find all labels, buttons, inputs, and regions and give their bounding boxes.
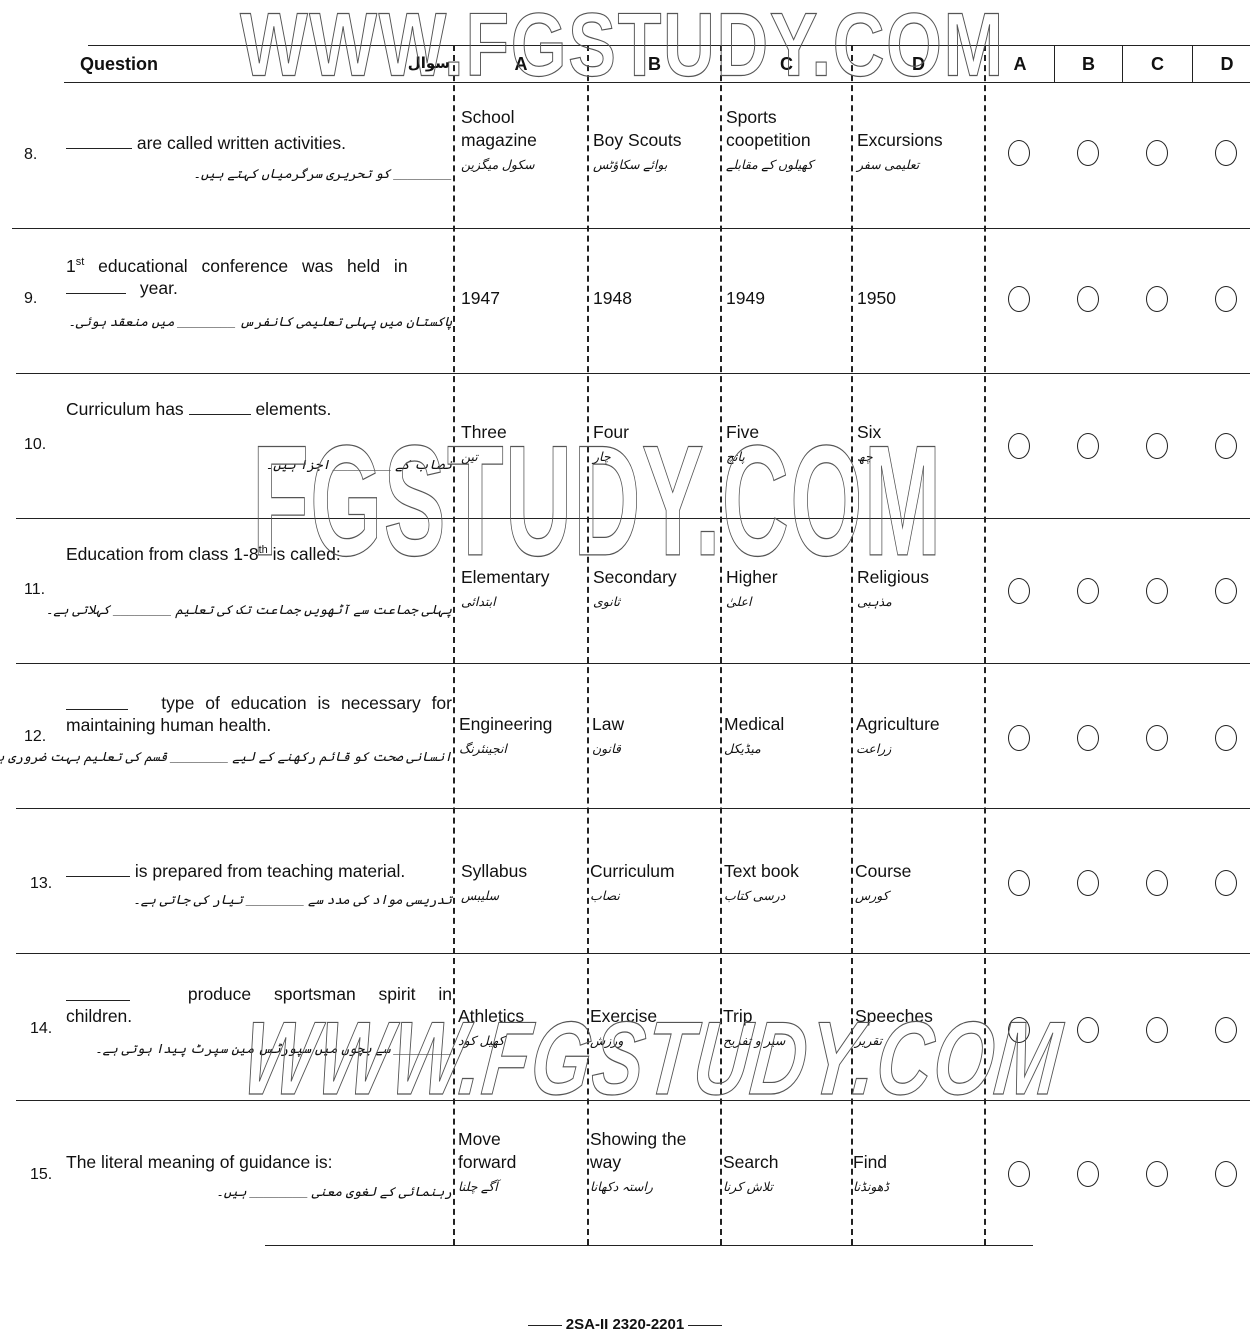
question-text-urdu: ________ کو تحریری سرگرمیاں کہتے ہیں۔ bbox=[193, 166, 452, 182]
answer-bubble-c[interactable] bbox=[1146, 578, 1168, 604]
answer-bubble-d[interactable] bbox=[1215, 1161, 1237, 1187]
footer-dash bbox=[528, 1325, 562, 1326]
header-question-label: Question bbox=[80, 46, 158, 82]
option-a: Syllabus سلیبس bbox=[461, 860, 527, 908]
header-bubble-b: B bbox=[1055, 46, 1122, 82]
header-option-a: A bbox=[455, 46, 587, 82]
option-d: Find ڈھونڈنا bbox=[853, 1151, 889, 1199]
option-c-english: Search bbox=[723, 1151, 778, 1174]
option-d-urdu: تقریر bbox=[855, 1030, 933, 1053]
option-c-english: Higher bbox=[726, 566, 778, 589]
footer-paper-code: 2SA-II 2320-2201 bbox=[0, 1316, 1250, 1333]
question-text: are called written activities. bbox=[66, 132, 452, 154]
option-a-english: Three bbox=[461, 421, 507, 444]
question-number: 14. bbox=[30, 1020, 52, 1038]
answer-blank bbox=[66, 147, 132, 149]
option-a: 1947 bbox=[461, 287, 500, 310]
option-c: Higher اعلیٰ bbox=[726, 566, 778, 614]
option-a-urdu: سکول میگزین bbox=[461, 154, 585, 177]
option-a-urdu: ابتدائی bbox=[461, 591, 550, 614]
option-a-english: Engineering bbox=[459, 713, 552, 736]
option-d-english: Find bbox=[853, 1151, 889, 1174]
question-text-line1: produce sportsman spirit in bbox=[188, 983, 452, 1005]
option-a-urdu: تین bbox=[461, 446, 507, 469]
option-a-urdu: سلیبس bbox=[461, 885, 527, 908]
question-text: is prepared from teaching material. bbox=[66, 860, 452, 882]
option-d-english: Religious bbox=[857, 566, 929, 589]
option-a-urdu: آگے چلنا bbox=[458, 1176, 578, 1199]
answer-bubble-a[interactable] bbox=[1008, 433, 1030, 459]
question-text-urdu: پاکستان میں پہلی تعلیمی کانفرس ________ … bbox=[68, 314, 452, 330]
option-c-urdu: سیر و تفریح bbox=[723, 1030, 785, 1053]
option-d-english: Agriculture bbox=[856, 713, 940, 736]
option-b-english: Law bbox=[592, 713, 624, 736]
option-d: Speeches تقریر bbox=[855, 1005, 933, 1053]
option-d: Six چھ bbox=[857, 421, 881, 469]
superscript: th bbox=[259, 544, 268, 556]
question-text: Education from class 1-8th is called: bbox=[66, 543, 452, 565]
option-d-english: Six bbox=[857, 421, 881, 444]
answer-bubble-b[interactable] bbox=[1077, 870, 1099, 896]
option-b: Law قانون bbox=[592, 713, 624, 761]
option-a: Engineering انجینئرنگ bbox=[459, 713, 552, 761]
question-text-urdu: نصاب کے ________ اجزا ہیں۔ bbox=[265, 457, 452, 473]
question-number: 10. bbox=[24, 436, 46, 454]
option-b-english: Boy Scouts bbox=[593, 129, 717, 152]
option-b-urdu: ورزش bbox=[590, 1030, 657, 1053]
option-d-english: Speeches bbox=[855, 1005, 933, 1028]
option-a-urdu: انجینئرنگ bbox=[459, 738, 552, 761]
option-d-urdu: مذہبی bbox=[857, 591, 929, 614]
option-c-urdu: کھیلوں کے مقابلے bbox=[726, 154, 848, 177]
paper-code: 2SA-II 2320-2201 bbox=[566, 1316, 684, 1333]
question-text-line1: educational conference was held in bbox=[98, 256, 407, 276]
header-bubble-divider bbox=[1122, 45, 1123, 82]
table-bottom-rule bbox=[265, 1245, 1033, 1246]
option-c-urdu: درسی کتاب bbox=[724, 885, 799, 908]
answer-bubble-b[interactable] bbox=[1077, 286, 1099, 312]
question-text-before: Curriculum has bbox=[66, 399, 184, 419]
question-number: 8. bbox=[24, 146, 37, 164]
option-c: Sports coopetition کھیلوں کے مقابلے bbox=[726, 106, 848, 177]
question-text: produce sportsman spirit in children. bbox=[66, 983, 452, 1027]
option-b: Showing the way راستہ دکھانا bbox=[590, 1128, 710, 1199]
question-number: 11. bbox=[24, 581, 45, 599]
header-question-label-urdu: سوال bbox=[400, 46, 450, 82]
option-a: Elementary ابتدائی bbox=[461, 566, 550, 614]
option-c: Search تلاش کرنا bbox=[723, 1151, 778, 1199]
answer-bubble-d[interactable] bbox=[1215, 870, 1237, 896]
option-d-urdu: چھ bbox=[857, 446, 881, 469]
option-b-urdu: چار bbox=[593, 446, 629, 469]
option-d-english: Course bbox=[855, 860, 911, 883]
question-number: 12. bbox=[24, 728, 46, 746]
answer-bubble-b[interactable] bbox=[1077, 578, 1099, 604]
option-d-english: 1950 bbox=[857, 287, 896, 310]
option-a-english: School magazine bbox=[461, 106, 585, 152]
option-b-english: Curriculum bbox=[590, 860, 675, 883]
option-d-english: Excursions bbox=[857, 129, 981, 152]
option-b-english: Showing the way bbox=[590, 1128, 708, 1174]
option-c-urdu: تلاش کرنا bbox=[723, 1176, 778, 1199]
answer-bubble-b[interactable] bbox=[1077, 725, 1099, 751]
option-a-english: Athletics bbox=[458, 1005, 524, 1028]
option-d: Course کورس bbox=[855, 860, 911, 908]
question-row-14: 14. produce sportsman spirit in children… bbox=[0, 953, 1250, 1100]
answer-bubble-a[interactable] bbox=[1008, 578, 1030, 604]
option-c-english: Five bbox=[726, 421, 759, 444]
question-text-urdu: ________ سے بچوں میں سپورٹس مین سپرٹ پید… bbox=[95, 1041, 452, 1057]
answer-bubble-a[interactable] bbox=[1008, 725, 1030, 751]
answer-bubble-d[interactable] bbox=[1215, 725, 1237, 751]
question-text-line2: year. bbox=[140, 278, 178, 298]
option-c: Five پانچ bbox=[726, 421, 759, 469]
option-b-english: Four bbox=[593, 421, 629, 444]
header-bubble-d: D bbox=[1193, 46, 1250, 82]
question-text-after: elements. bbox=[255, 399, 331, 419]
answer-bubble-c[interactable] bbox=[1146, 286, 1168, 312]
option-a-english: Move forward bbox=[458, 1128, 538, 1174]
answer-bubble-a[interactable] bbox=[1008, 286, 1030, 312]
option-c-english: 1949 bbox=[726, 287, 765, 310]
question-number: 9. bbox=[24, 290, 37, 308]
option-d: Excursions تعلیمی سفر bbox=[857, 129, 981, 177]
question-number: 15. bbox=[30, 1166, 52, 1184]
question-row-12: 12. type of education is necessary for m… bbox=[0, 663, 1250, 808]
answer-bubble-c[interactable] bbox=[1146, 140, 1168, 166]
option-b-urdu: بوائے سکاؤٹس bbox=[593, 154, 717, 177]
option-b-urdu: ثانوی bbox=[593, 591, 677, 614]
answer-bubble-b[interactable] bbox=[1077, 140, 1099, 166]
answer-bubble-a[interactable] bbox=[1008, 140, 1030, 166]
option-c: Medical میڈیکل bbox=[724, 713, 784, 761]
header-option-d: D bbox=[853, 46, 984, 82]
option-a: School magazine سکول میگزین bbox=[461, 106, 585, 177]
option-c: 1949 bbox=[726, 287, 765, 310]
option-c-english: Trip bbox=[723, 1005, 785, 1028]
answer-bubble-d[interactable] bbox=[1215, 286, 1237, 312]
question-number: 13. bbox=[30, 875, 52, 893]
answer-bubble-d[interactable] bbox=[1215, 433, 1237, 459]
question-text: The literal meaning of guidance is: bbox=[66, 1151, 452, 1173]
option-a: Three تین bbox=[461, 421, 507, 469]
question-row-10: 10. Curriculum has elements. نصاب کے ___… bbox=[0, 373, 1250, 518]
option-d-urdu: زراعت bbox=[856, 738, 940, 761]
option-b-urdu: قانون bbox=[592, 738, 624, 761]
question-text-urdu: انسانی صحت کو قائم رکھنے کے لیے ________… bbox=[0, 749, 452, 765]
question-text-line1: type of education is necessary for bbox=[161, 692, 452, 714]
option-d-urdu: تعلیمی سفر bbox=[857, 154, 981, 177]
option-a-english: 1947 bbox=[461, 287, 500, 310]
header-bubble-divider bbox=[1192, 45, 1193, 82]
question-text: 1st educational conference was held in y… bbox=[66, 255, 452, 299]
header-option-c: C bbox=[722, 46, 851, 82]
question-row-8: 8. are called written activities. ______… bbox=[0, 82, 1250, 228]
answer-blank bbox=[66, 999, 130, 1001]
answer-bubble-c[interactable] bbox=[1146, 433, 1168, 459]
option-b-english: Secondary bbox=[593, 566, 677, 589]
option-b: 1948 bbox=[593, 287, 632, 310]
answer-bubble-a[interactable] bbox=[1008, 1017, 1030, 1043]
option-b: Boy Scouts بوائے سکاؤٹس bbox=[593, 129, 717, 177]
answer-bubble-b[interactable] bbox=[1077, 1161, 1099, 1187]
answer-bubble-c[interactable] bbox=[1146, 1161, 1168, 1187]
question-text-urdu: پہلی جماعت سے آٹھویں جماعت تک کی تعلیم _… bbox=[46, 602, 452, 618]
option-c-english: Sports coopetition bbox=[726, 106, 848, 152]
question-row-13: 13. is prepared from teaching material. … bbox=[0, 808, 1250, 953]
footer-dash bbox=[688, 1325, 722, 1326]
option-c: Trip سیر و تفریح bbox=[723, 1005, 785, 1053]
option-d: Agriculture زراعت bbox=[856, 713, 940, 761]
option-b: Secondary ثانوی bbox=[593, 566, 677, 614]
header-bubble-a: A bbox=[986, 46, 1054, 82]
option-a-english: Elementary bbox=[461, 566, 550, 589]
option-d-urdu: کورس bbox=[855, 885, 911, 908]
question-text-after: is called: bbox=[268, 544, 341, 564]
question-text-before: Education from class 1-8 bbox=[66, 544, 259, 564]
answer-bubble-a[interactable] bbox=[1008, 870, 1030, 896]
answer-blank bbox=[66, 875, 130, 877]
question-row-11: 11. Education from class 1-8th is called… bbox=[0, 518, 1250, 663]
answer-blank bbox=[66, 292, 126, 294]
header-option-b: B bbox=[589, 46, 720, 82]
answer-blank bbox=[189, 413, 251, 415]
option-b-english: Exercise bbox=[590, 1005, 657, 1028]
option-d-urdu: ڈھونڈنا bbox=[853, 1176, 889, 1199]
option-c-urdu: اعلیٰ bbox=[726, 591, 778, 614]
option-b-urdu: راستہ دکھانا bbox=[590, 1176, 710, 1199]
superscript: st bbox=[76, 256, 85, 268]
option-c-english: Text book bbox=[724, 860, 799, 883]
answer-bubble-c[interactable] bbox=[1146, 870, 1168, 896]
header-bubble-divider bbox=[1054, 45, 1055, 82]
option-b-urdu: نصاب bbox=[590, 885, 675, 908]
question-row-9: 9. 1st educational conference was held i… bbox=[0, 228, 1250, 373]
option-c-urdu: پانچ bbox=[726, 446, 759, 469]
answer-bubble-c[interactable] bbox=[1146, 725, 1168, 751]
option-c-urdu: میڈیکل bbox=[724, 738, 784, 761]
question-text-line2: children. bbox=[66, 1006, 132, 1026]
question-text-english: are called written activities. bbox=[137, 133, 346, 153]
option-b: Exercise ورزش bbox=[590, 1005, 657, 1053]
option-c: Text book درسی کتاب bbox=[724, 860, 799, 908]
question-row-15: 15. The literal meaning of guidance is: … bbox=[0, 1100, 1250, 1245]
option-c-english: Medical bbox=[724, 713, 784, 736]
answer-bubble-d[interactable] bbox=[1215, 140, 1237, 166]
question-text-line2: maintaining human health. bbox=[66, 715, 271, 735]
answer-bubble-d[interactable] bbox=[1215, 1017, 1237, 1043]
answer-bubble-a[interactable] bbox=[1008, 1161, 1030, 1187]
option-a-urdu: کھیل کود bbox=[458, 1030, 524, 1053]
answer-bubble-b[interactable] bbox=[1077, 433, 1099, 459]
question-text-urdu: رہنمائی کے لغوی معنی ________ ہیں۔ bbox=[216, 1184, 452, 1200]
option-d: Religious مذہبی bbox=[857, 566, 929, 614]
option-b: Four چار bbox=[593, 421, 629, 469]
option-a: Move forward آگے چلنا bbox=[458, 1128, 578, 1199]
question-text-urdu: تدریسی مواد کی مدد سے ________ تیار کی ج… bbox=[133, 892, 452, 908]
question-text: Curriculum has elements. bbox=[66, 398, 452, 420]
option-b: Curriculum نصاب bbox=[590, 860, 675, 908]
option-a-english: Syllabus bbox=[461, 860, 527, 883]
answer-bubble-d[interactable] bbox=[1215, 578, 1237, 604]
mcq-answer-sheet: Question سوال A B C D A B C D 8. are cal… bbox=[0, 0, 1250, 1344]
answer-blank bbox=[66, 708, 128, 710]
option-b-english: 1948 bbox=[593, 287, 632, 310]
question-text-after: is prepared from teaching material. bbox=[135, 861, 405, 881]
option-d: 1950 bbox=[857, 287, 896, 310]
answer-bubble-b[interactable] bbox=[1077, 1017, 1099, 1043]
question-text: type of education is necessary for maint… bbox=[66, 692, 452, 736]
option-a: Athletics کھیل کود bbox=[458, 1005, 524, 1053]
answer-bubble-c[interactable] bbox=[1146, 1017, 1168, 1043]
header-bubble-c: C bbox=[1123, 46, 1192, 82]
